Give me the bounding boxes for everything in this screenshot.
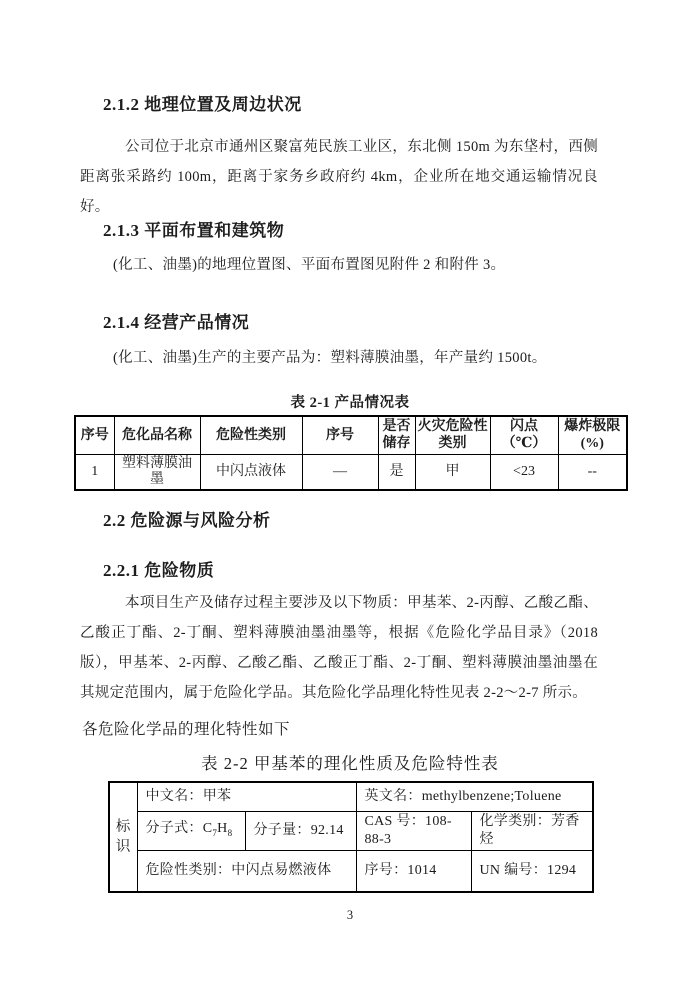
cell-un-number: UN 编号：1294 xyxy=(471,850,593,892)
cell-cn-name: 中文名：甲苯 xyxy=(137,782,356,811)
cell-seq2: — xyxy=(302,454,378,490)
cell-flash-point: <23 xyxy=(490,454,558,490)
formula-c: C xyxy=(203,821,213,836)
page-number: 3 xyxy=(0,908,700,923)
table-2-1-title: 表 2-1 产品情况表 xyxy=(0,391,700,412)
col-header-chem-name: 危化品名称 xyxy=(114,416,200,454)
col-header-seq2: 序号 xyxy=(302,416,378,454)
col-header-stored: 是否储存 xyxy=(378,416,415,454)
cell-chem-name: 塑料薄膜油墨 xyxy=(114,454,200,490)
cell-chemical-category: 化学类别：芳香烃 xyxy=(471,811,593,850)
cell-en-name: 英文名：methylbenzene;Toluene xyxy=(356,782,593,811)
cell-molecular-formula: 分子式：C7H8 xyxy=(137,811,245,850)
table-row-hazard: 危险性类别：中闪点易燃液体 序号：1014 UN 编号：1294 xyxy=(109,850,593,892)
col-header-flash-point: 闪点（℃） xyxy=(490,416,558,454)
col-header-fire-hazard: 火灾危险性类别 xyxy=(415,416,490,454)
section-heading-2-2-1: 2.2.1 危险物质 xyxy=(103,556,214,581)
document-page: 2.1.2 地理位置及周边状况 公司位于北京市通州区聚富苑民族工业区，东北侧 1… xyxy=(0,0,700,990)
toluene-properties-table: 标识 中文名：甲苯 英文名：methylbenzene;Toluene 分子式：… xyxy=(108,781,594,893)
cell-stored: 是 xyxy=(378,454,415,490)
cell-hazard-class: 中闪点液体 xyxy=(200,454,302,490)
table-row: 1 塑料薄膜油墨 中闪点液体 — 是 甲 <23 -- xyxy=(75,454,627,490)
table-row-formula: 分子式：C7H8 分子量：92.14 CAS 号：108-88-3 化学类别：芳… xyxy=(109,811,593,850)
cell-molecular-weight: 分子量：92.14 xyxy=(245,811,356,850)
section-heading-2-2: 2.2 危险源与风险分析 xyxy=(103,506,271,531)
section-heading-2-1-3: 2.1.3 平面布置和建筑物 xyxy=(103,216,284,241)
col-header-explosion-limit: 爆炸极限(%) xyxy=(558,416,627,454)
section-heading-2-1-2: 2.1.2 地理位置及周边状况 xyxy=(103,90,302,115)
cell-cas-number: CAS 号：108-88-3 xyxy=(356,811,471,850)
formula-sub-8: 8 xyxy=(228,827,233,837)
cell-fire-hazard: 甲 xyxy=(415,454,490,490)
col-header-hazard-class: 危险性类别 xyxy=(200,416,302,454)
table-header-row: 序号 危化品名称 危险性类别 序号 是否储存 火灾危险性类别 闪点（℃） 爆炸极… xyxy=(75,416,627,454)
section-heading-2-1-4: 2.1.4 经营产品情况 xyxy=(103,308,249,333)
col-header-seq: 序号 xyxy=(75,416,114,454)
product-info-table: 序号 危化品名称 危险性类别 序号 是否储存 火灾危险性类别 闪点（℃） 爆炸极… xyxy=(74,415,628,491)
paragraph-layout: (化工、油墨)的地理位置图、平面布置图见附件 2 和附件 3。 xyxy=(80,250,598,280)
cell-serial-number: 序号：1014 xyxy=(356,850,471,892)
paragraph-products: (化工、油墨)生产的主要产品为：塑料薄膜油墨，年产量约 1500t。 xyxy=(80,343,598,373)
formula-label: 分子式： xyxy=(146,821,203,836)
paragraph-hazardous-materials: 本项目生产及储存过程主要涉及以下物质：甲基苯、2-丙醇、乙酸乙酯、乙酸正丁酯、2… xyxy=(80,588,598,708)
table-2-2-title: 表 2-2 甲基苯的理化性质及危险特性表 xyxy=(0,750,700,774)
formula-h: H xyxy=(217,821,227,836)
cell-hazard-category: 危险性类别：中闪点易燃液体 xyxy=(137,850,356,892)
table-row-names: 标识 中文名：甲苯 英文名：methylbenzene;Toluene xyxy=(109,782,593,811)
paragraph-location: 公司位于北京市通州区聚富苑民族工业区，东北侧 150m 为东垡村，西侧距离张采路… xyxy=(80,132,598,222)
note-line: 各危险化学品的理化特性如下 xyxy=(82,717,290,739)
cell-seq: 1 xyxy=(75,454,114,490)
row-group-label: 标识 xyxy=(109,782,137,892)
cell-explosion-limit: -- xyxy=(558,454,627,490)
